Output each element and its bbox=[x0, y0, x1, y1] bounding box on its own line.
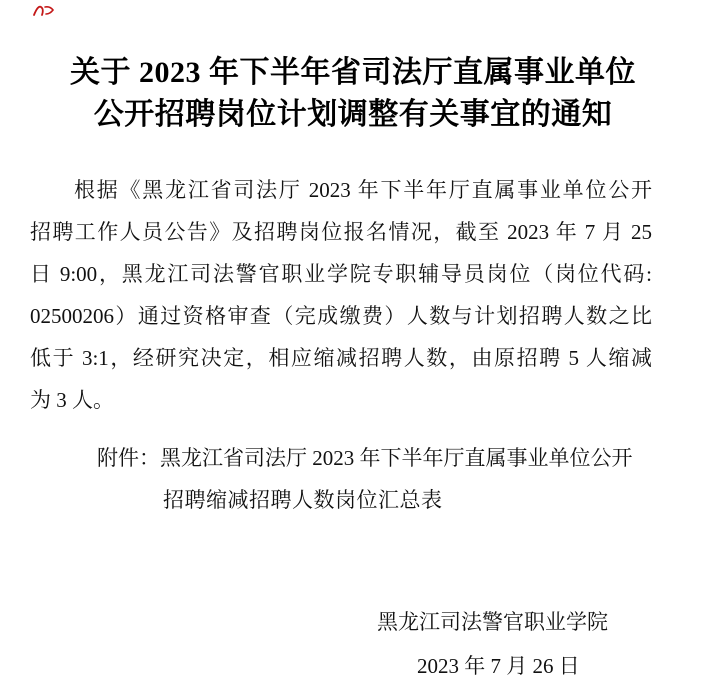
attachment-label: 附件： bbox=[97, 446, 160, 470]
attachment-title-part-1: 黑龙江省司法厅 2023 年下半年厅直属事业单位公开 bbox=[160, 446, 633, 470]
document-title: 关于 2023 年下半年省司法厅直属事业单位 公开招聘岗位计划调整有关事宜的通知 bbox=[0, 52, 706, 136]
signature-date: 2023 年 7 月 26 日 bbox=[417, 645, 580, 687]
body-line-4: 02500206）通过资格审查（完成缴费）人数与计划招聘人数之比 bbox=[30, 295, 652, 337]
attachment-title-part-2: 招聘缩减招聘人数岗位汇总表 bbox=[163, 479, 443, 521]
body-line-1: 根据《黑龙江省司法厅 2023 年下半年厅直属事业单位公开 bbox=[30, 169, 652, 211]
red-pen-mark-icon bbox=[31, 2, 57, 20]
attachment-line-1: 附件：黑龙江省司法厅 2023 年下半年厅直属事业单位公开 bbox=[97, 437, 633, 479]
body-paragraph: 根据《黑龙江省司法厅 2023 年下半年厅直属事业单位公开 招聘工作人员公告》及… bbox=[30, 169, 652, 421]
document-title-line-1: 关于 2023 年下半年省司法厅直属事业单位 bbox=[0, 52, 706, 94]
document-title-line-2: 公开招聘岗位计划调整有关事宜的通知 bbox=[0, 94, 706, 136]
body-line-2: 招聘工作人员公告》及招聘岗位报名情况，截至 2023 年 7 月 25 bbox=[30, 211, 652, 253]
body-line-5: 低于 3:1，经研究决定，相应缩减招聘人数，由原招聘 5 人缩减 bbox=[30, 337, 652, 379]
signature-organization: 黑龙江司法警官职业学院 bbox=[377, 601, 608, 643]
body-line-3: 日 9:00，黑龙江司法警官职业学院专职辅导员岗位（岗位代码: bbox=[30, 253, 652, 295]
body-line-6: 为 3 人。 bbox=[30, 379, 652, 421]
notice-document: 关于 2023 年下半年省司法厅直属事业单位 公开招聘岗位计划调整有关事宜的通知… bbox=[0, 0, 706, 693]
